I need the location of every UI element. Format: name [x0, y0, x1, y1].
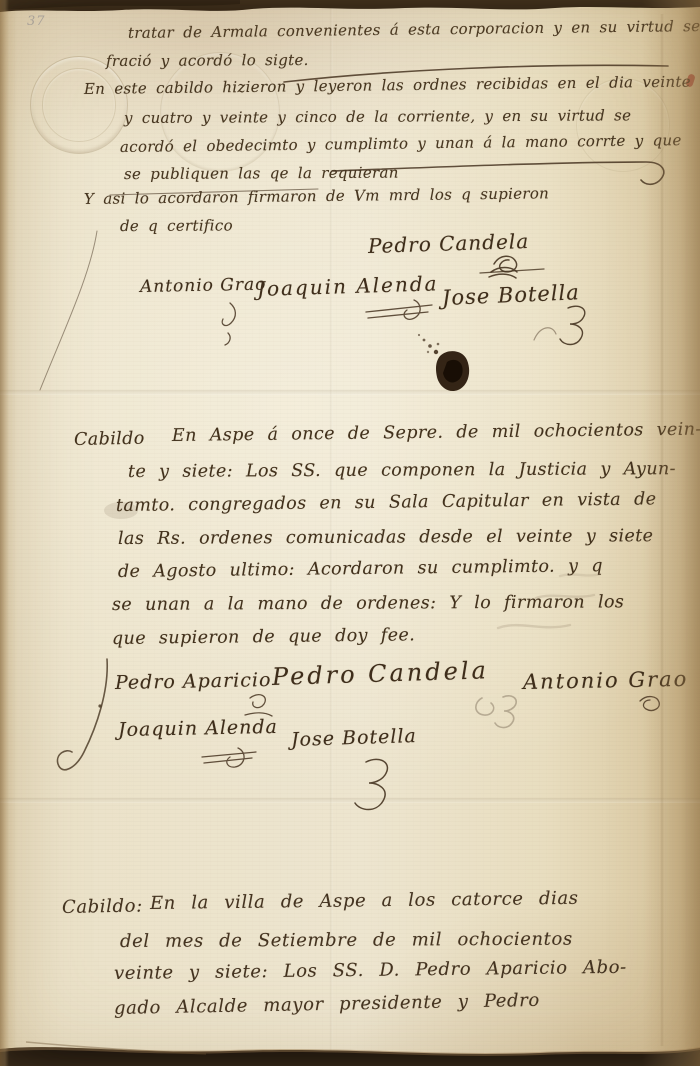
entry-heading: Cabildo: [62, 893, 143, 920]
horizontal-crease [0, 798, 700, 803]
manuscript-line: las Rs. ordenes comunicadas desde el vei… [118, 524, 654, 551]
manuscript-line: de Agosto ultimo: Acordaron su cumplimto… [118, 554, 603, 584]
signature-joaquin-alenda: Joaquin Alenda [118, 716, 278, 741]
manuscript-line: te y siete: Los SS. que componen la Just… [128, 457, 676, 484]
manuscript-line: gado Alcalde mayor presidente y Pedro [114, 988, 540, 1021]
entry-heading: Cabildo [74, 427, 145, 452]
signature-rubric [245, 695, 272, 716]
signature-jose-botella: Jose Botella [291, 725, 417, 751]
signature-jose-botella: Jose Botella [441, 280, 580, 310]
page-edge-bottom [0, 1047, 700, 1066]
signature-rubric [489, 256, 517, 278]
signature-joaquin-alenda: Joaquin Alenda [257, 271, 439, 301]
manuscript-line: veinte y siete: Los SS. D. Pedro Aparici… [114, 955, 627, 986]
manuscript-line: fració y acordó lo sigte. [106, 49, 309, 72]
signature-pedro-aparicio: Pedro Aparicio [115, 669, 272, 694]
signature-rubric [222, 303, 235, 345]
page-edge-bottom-shadow [0, 1047, 700, 1056]
signature-rubric [366, 300, 432, 319]
manuscript-line: En este cabildo hizieron y leyeron las o… [84, 71, 691, 100]
horizontal-crease [0, 390, 700, 395]
paraph-flourish [57, 659, 107, 770]
manuscript-page: 37 tratar de Armala convenientes á esta … [0, 0, 700, 1066]
manuscript-line: acordó el obedecimto y cumplimto y unan … [120, 129, 682, 158]
page-edge-top [0, 0, 700, 12]
manuscript-line: que supieron de que doy fee. [112, 623, 415, 651]
faded-rubric [476, 696, 516, 728]
manuscript-line: del mes de Setiembre de mil ochocientos [120, 927, 573, 954]
ink-blot [418, 334, 469, 391]
paraph-dot [98, 704, 101, 707]
page-edge-right [642, 0, 700, 1066]
manuscript-line: Y asi lo acordaron firmaron de Vm mrd lo… [84, 182, 549, 210]
manuscript-line: tratar de Armala convenientes á esta cor… [128, 14, 700, 43]
manuscript-line: tamto. congregados en su Sala Capitular … [116, 487, 657, 518]
page-edge-top-dark [0, 0, 240, 10]
signature-rubric [355, 759, 387, 809]
manuscript-line: se publiquen las qe la requieran [124, 162, 399, 185]
manuscript-line: En Aspe á once de Sepre. de mil ochocien… [172, 418, 700, 448]
manuscript-line: de q certifico [120, 214, 233, 237]
torn-corner-line [26, 1042, 206, 1054]
signature-pedro-candela: Pedro Candela [272, 656, 490, 691]
signature-pedro-candela: Pedro Candela [368, 229, 530, 258]
folio-number: 37 [27, 14, 46, 29]
signature-rubric [202, 748, 256, 767]
manuscript-line: En la villa de Aspe a los catorce dias [150, 886, 579, 916]
margin-flourish [40, 231, 97, 390]
signature-antonio-grao: Antonio Grao [140, 275, 267, 297]
signature-rubric [560, 306, 585, 344]
manuscript-line: se unan a la mano de ordenes: Y lo firma… [112, 590, 624, 617]
manuscript-line: y cuatro y veinte y cinco de la corrient… [124, 104, 631, 129]
signature-underline [480, 269, 544, 273]
page-edge-left [0, 0, 9, 1066]
stray-arc [534, 328, 556, 340]
